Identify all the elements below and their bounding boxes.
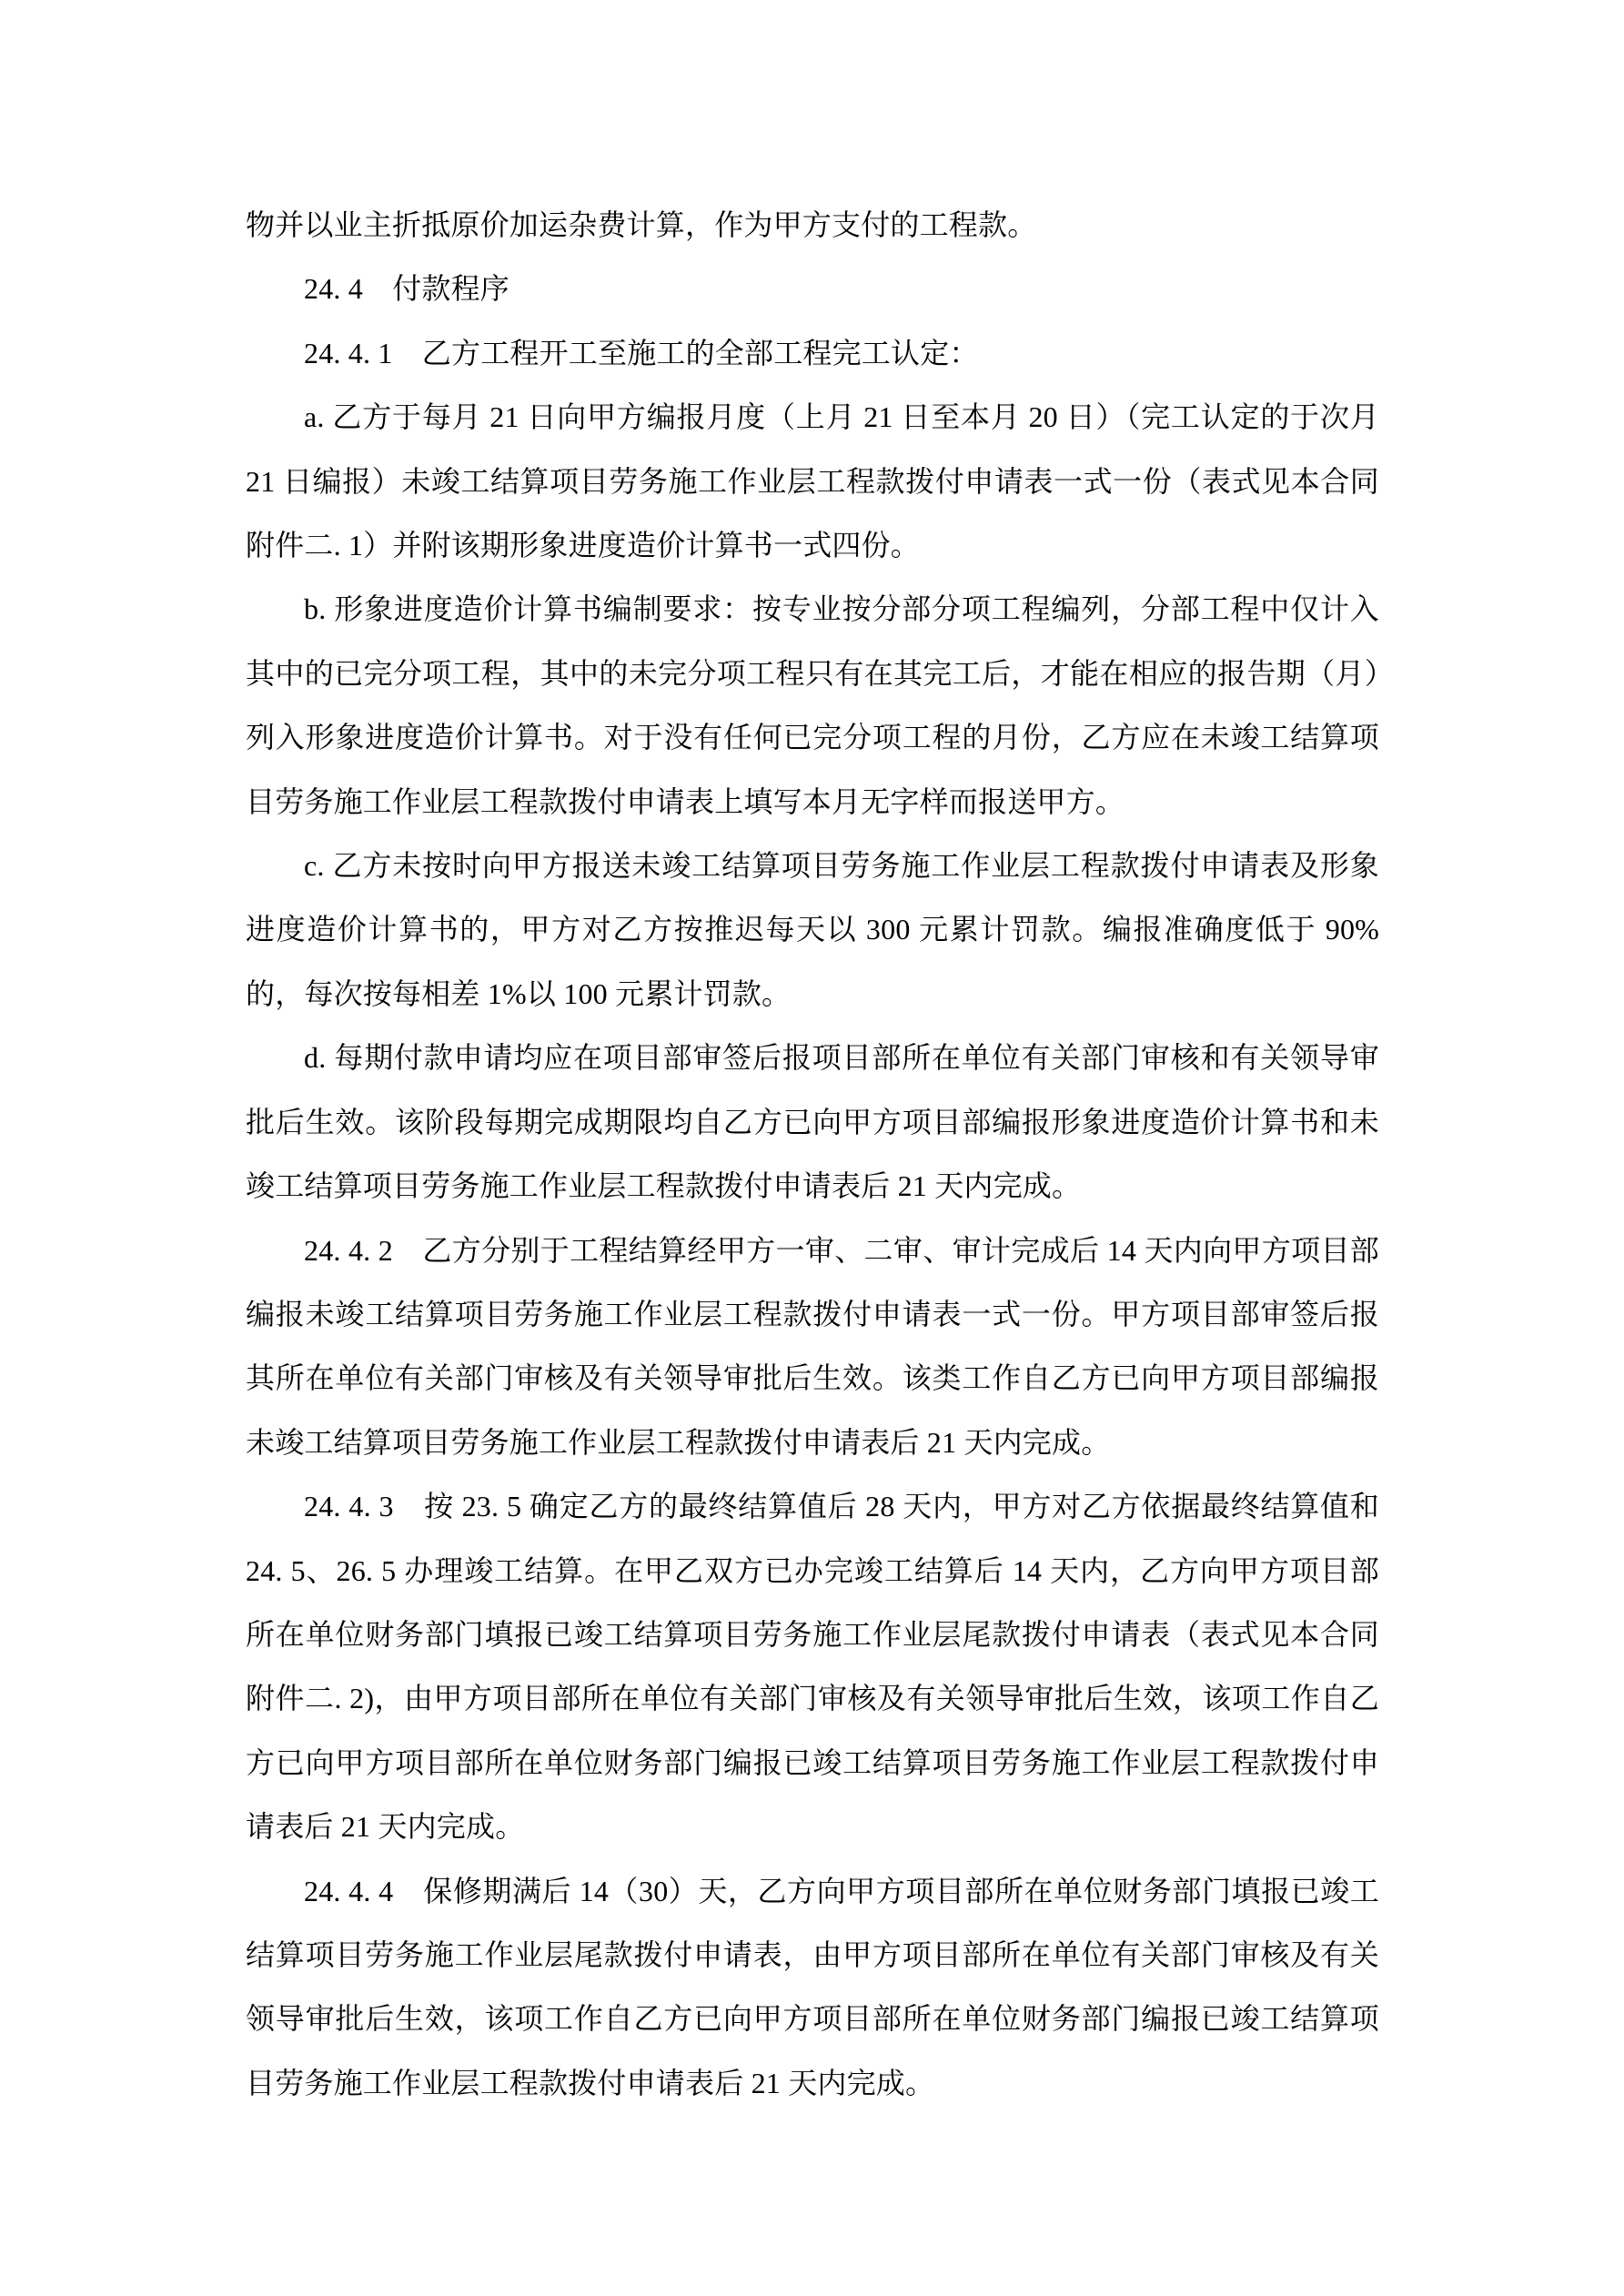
- clause-24-4-4: 24. 4. 4 保修期满后 14（30）天，乙方向甲方项目部所在单位财务部门填…: [246, 1859, 1379, 2116]
- clause-24-4-1: 24. 4. 1 乙方工程开工至施工的全部工程完工认定：: [246, 321, 1379, 385]
- document-page: 物并以业主折抵原价加运杂费计算，作为甲方支付的工程款。24. 4 付款程序24.…: [0, 0, 1624, 2296]
- clause-d: d. 每期付款申请均应在项目部审签后报项目部所在单位有关部门审核和有关领导审批后…: [246, 1026, 1379, 1218]
- paragraph-carryover: 物并以业主折抵原价加运杂费计算，作为甲方支付的工程款。: [246, 193, 1379, 257]
- clause-c: c. 乙方未按时向甲方报送未竣工结算项目劳务施工作业层工程款拨付申请表及形象进度…: [246, 834, 1379, 1026]
- contract-text-block: 物并以业主折抵原价加运杂费计算，作为甲方支付的工程款。24. 4 付款程序24.…: [246, 193, 1379, 2115]
- clause-b: b. 形象进度造价计算书编制要求：按专业按分部分项工程编列，分部工程中仅计入其中…: [246, 577, 1379, 834]
- clause-a: a. 乙方于每月 21 日向甲方编报月度（上月 21 日至本月 20 日）（完工…: [246, 385, 1379, 577]
- clause-24-4-2: 24. 4. 2 乙方分别于工程结算经甲方一审、二审、审计完成后 14 天内向甲…: [246, 1219, 1379, 1475]
- heading-24-4: 24. 4 付款程序: [246, 257, 1379, 320]
- clause-24-4-3: 24. 4. 3 按 23. 5 确定乙方的最终结算值后 28 天内，甲方对乙方…: [246, 1474, 1379, 1858]
